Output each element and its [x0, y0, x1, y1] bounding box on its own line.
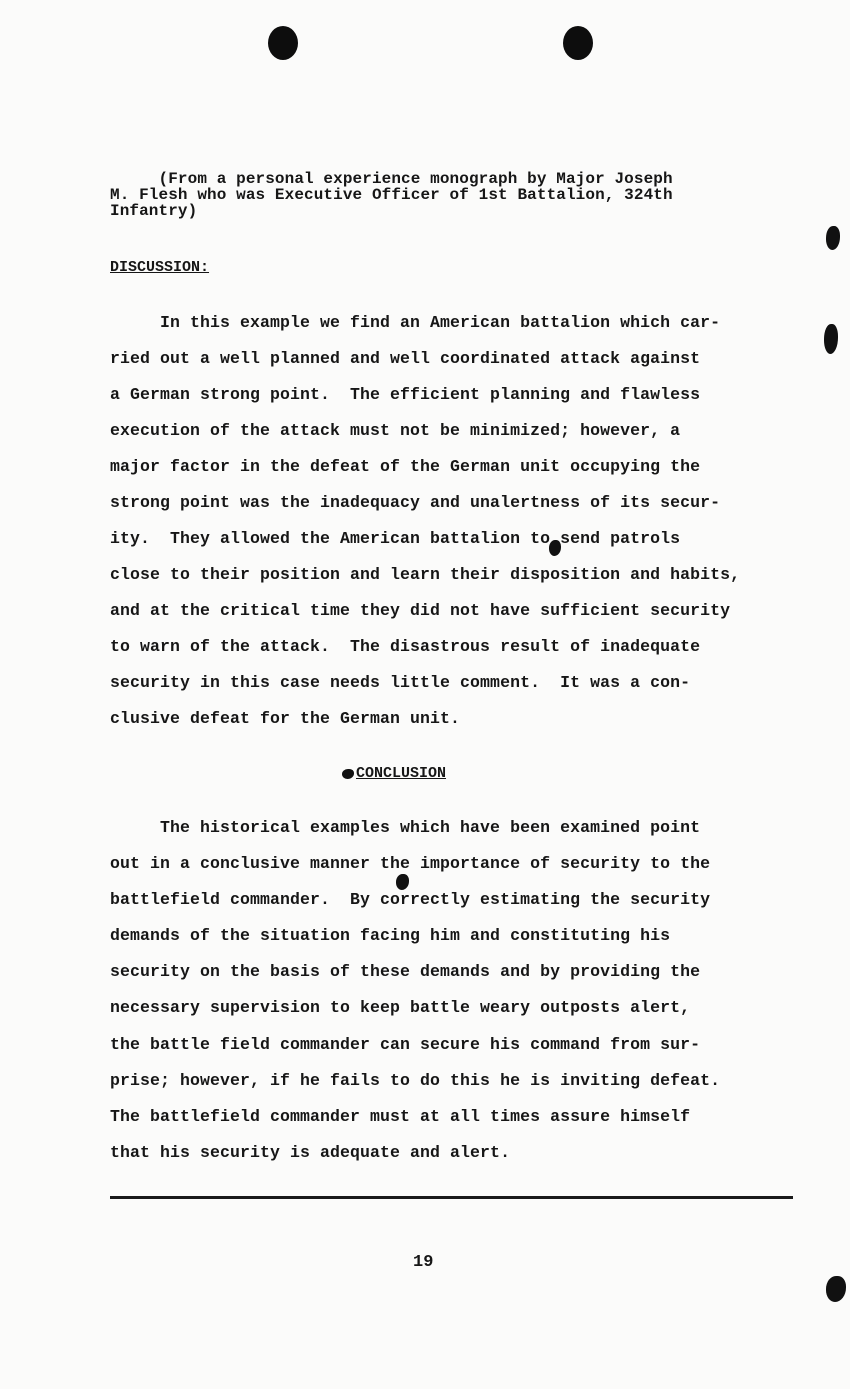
page-number: 19: [413, 1253, 433, 1272]
discussion-line: a German strong point. The efficient pla…: [110, 385, 700, 404]
source-note-line: (From a personal experience monograph by…: [110, 171, 673, 187]
discussion-heading: DISCUSSION:: [110, 259, 209, 276]
punch-hole-left: [268, 26, 298, 60]
conclusion-line: security on the basis of these demands a…: [110, 962, 700, 981]
conclusion-line: necessary supervision to keep battle wea…: [110, 998, 690, 1017]
conclusion-line: demands of the situation facing him and …: [110, 926, 670, 945]
discussion-line: to warn of the attack. The disastrous re…: [110, 637, 700, 656]
discussion-line: execution of the attack must not be mini…: [110, 421, 680, 440]
source-note-line: Infantry): [110, 203, 197, 219]
conclusion-line: that his security is adequate and alert.: [110, 1143, 510, 1162]
horizontal-rule: [110, 1196, 793, 1199]
discussion-line: close to their position and learn their …: [110, 565, 740, 584]
punch-hole-right: [563, 26, 593, 60]
discussion-line: ity. They allowed the American battalion…: [110, 529, 680, 548]
ink-blot: [826, 226, 840, 250]
conclusion-line: out in a conclusive manner the importanc…: [110, 854, 710, 873]
ink-blot: [826, 1276, 846, 1302]
discussion-line: and at the critical time they did not ha…: [110, 601, 730, 620]
conclusion-line: The battlefield commander must at all ti…: [110, 1107, 690, 1126]
conclusion-line: prise; however, if he fails to do this h…: [110, 1071, 720, 1090]
discussion-line: strong point was the inadequacy and unal…: [110, 493, 720, 512]
source-note-line: M. Flesh who was Executive Officer of 1s…: [110, 187, 673, 203]
discussion-line: clusive defeat for the German unit.: [110, 709, 460, 728]
document-page: (From a personal experience monograph by…: [0, 0, 850, 1389]
ink-blot: [396, 874, 409, 890]
conclusion-line: The historical examples which have been …: [110, 818, 700, 837]
conclusion-heading: CONCLUSION: [356, 765, 446, 782]
discussion-line: major factor in the defeat of the German…: [110, 457, 700, 476]
discussion-line: ried out a well planned and well coordin…: [110, 349, 700, 368]
conclusion-line: the battle field commander can secure hi…: [110, 1035, 700, 1054]
discussion-line: In this example we find an American batt…: [110, 313, 720, 332]
ink-blot: [342, 769, 354, 779]
ink-blot: [824, 324, 838, 354]
discussion-line: security in this case needs little comme…: [110, 673, 690, 692]
conclusion-line: battlefield commander. By correctly esti…: [110, 890, 710, 909]
